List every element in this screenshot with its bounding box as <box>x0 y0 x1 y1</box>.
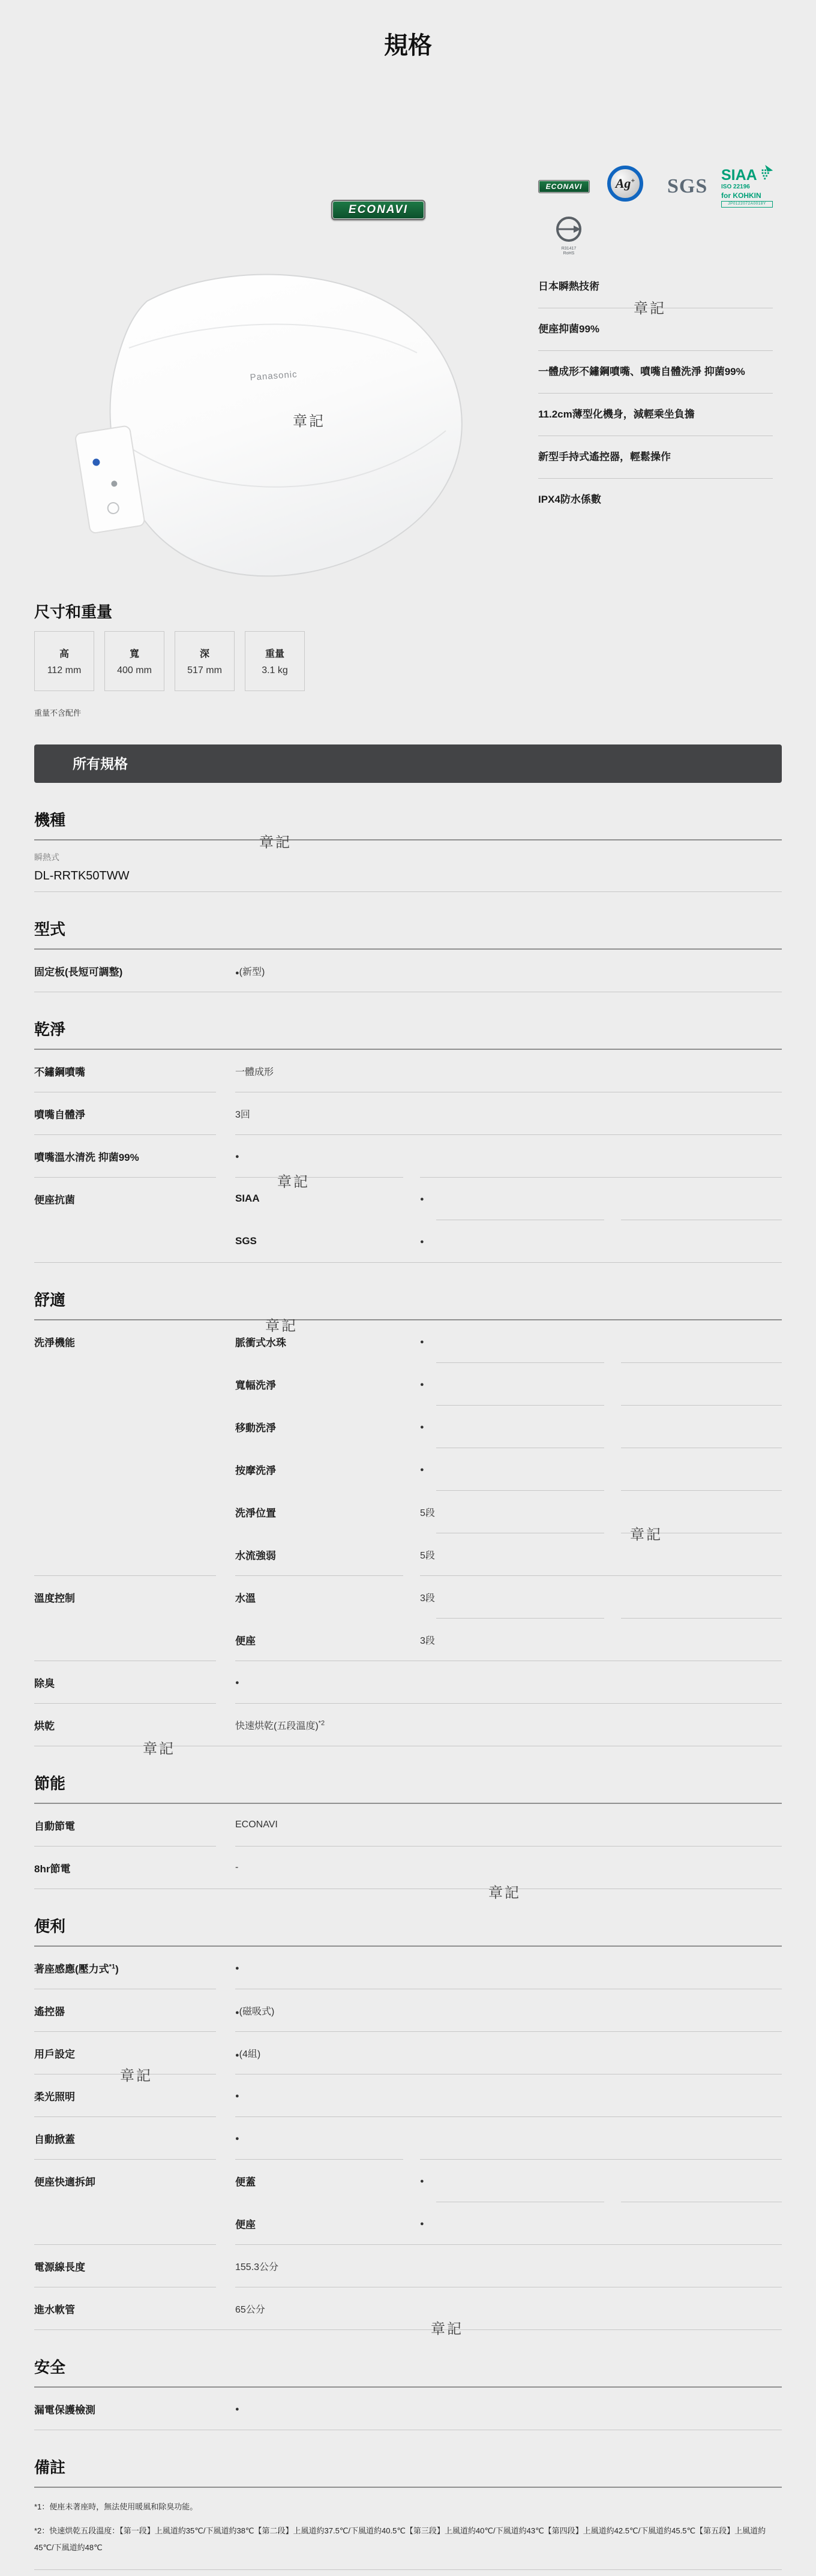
page-title: 規格 <box>0 0 816 58</box>
spec-value: ● <box>235 2403 782 2414</box>
row-divider <box>34 2031 782 2032</box>
row-divider <box>34 992 782 992</box>
dimension-box: 重量3.1 kg <box>245 631 305 691</box>
siaa-arrow-icon <box>758 164 773 181</box>
stamp-watermark: 章記 <box>634 296 666 317</box>
dimension-value: 400 mm <box>117 665 152 676</box>
dimensions-section: 尺寸和重量 高112 mm寬400 mm深517 mm重量3.1 kg 重量不含… <box>34 602 782 718</box>
spec-row-label: 自動節電 <box>34 1818 235 1833</box>
spec-value: ● <box>420 1193 782 1204</box>
spec-row-group: 便座快適拆卸便蓋●便座● <box>34 2160 782 2244</box>
sgs-logo: SGS <box>667 175 707 198</box>
value-dot: ● <box>420 1196 424 1203</box>
value-dot: ● <box>420 1424 424 1431</box>
siaa-logo: SIAA ISO 22196 for KOHKIN JP0122072A0018… <box>721 168 773 208</box>
row-divider <box>235 1220 782 1220</box>
siaa-title: SIAA <box>721 168 757 183</box>
feature-item: IPX4防水係數 <box>538 479 773 521</box>
row-divider <box>34 1989 782 1989</box>
notes-section: 備註 *1：便座未著座時，無法使用暖風和除臭功能。*2：快速烘乾五段溫度：【第一… <box>34 2458 782 2570</box>
value-dot: ● <box>235 1965 239 1972</box>
spec-page: 規格 Panasonic ECONAVI <box>0 0 816 2576</box>
row-divider <box>34 1092 782 1092</box>
spec-sub-row: 水流強弱5段 <box>235 1533 782 1575</box>
spec-sub-label: 移動洗淨 <box>235 1419 420 1434</box>
spec-row-label: 烘乾 <box>34 1718 235 1733</box>
spec-row-label: 著座感應(壓力式*1) <box>34 1960 235 1975</box>
row-divider <box>235 2202 782 2202</box>
section-divider <box>34 2487 782 2488</box>
econavi-logo: ECONAVI <box>538 180 590 193</box>
stamp-watermark: 章記 <box>431 2317 463 2338</box>
spec-row: 除臭● <box>34 1661 782 1703</box>
spec-row: 噴嘴自體淨3回 <box>34 1092 782 1134</box>
spec-value: ● <box>420 1336 782 1347</box>
model-number: DL-RRTK50TWW <box>34 869 782 883</box>
value-dot: ● <box>235 1679 239 1686</box>
spec-value: ●(4組) <box>235 2046 782 2060</box>
spec-value: 5段 <box>420 1548 782 1562</box>
spec-sub-label: 按摩洗淨 <box>235 1462 420 1477</box>
spec-value: ● <box>235 1962 782 1973</box>
spec-value: 5段 <box>420 1505 782 1519</box>
spec-value: 3回 <box>235 1107 782 1121</box>
value-superscript: *2 <box>319 1719 325 1727</box>
spec-sub-label: 便座 <box>235 1632 420 1647</box>
spec-row: 自動節電ECONAVI <box>34 1804 782 1846</box>
spec-sub-label: SIAA <box>235 1193 420 1205</box>
section-title: 安全 <box>34 2358 782 2377</box>
hero-section: Panasonic ECONAVI ECONAVI Ag+ SGS SIAA <box>0 58 816 594</box>
value-dot: ● <box>420 1338 424 1346</box>
value-dot: ● <box>420 1466 424 1473</box>
spec-value: ●(新型) <box>235 964 782 978</box>
row-divider <box>34 1134 782 1135</box>
spec-row-group: 溫度控制水溫3段便座3段 <box>34 1576 782 1661</box>
spec-row-label: 固定板(長短可調整) <box>34 963 235 978</box>
model-variant-label: 瞬熱式 <box>34 851 782 863</box>
footnote: *2：快速烘乾五段溫度：【第一段】上風道約35℃/下風道約38℃【第二段】上風道… <box>34 2523 782 2556</box>
ag-plus: + <box>631 176 635 185</box>
stamp-watermark: 章記 <box>259 830 292 851</box>
spec-row-label: 便座快適拆卸 <box>34 2160 235 2202</box>
value-dot: ● <box>420 2178 424 2185</box>
spec-sub-row: 洗淨位置5段 <box>235 1491 782 1533</box>
spec-sub-label: 便座 <box>235 2216 420 2231</box>
spec-sub-label: SGS <box>235 1235 420 1247</box>
spec-value: ●(磁吸式) <box>235 2004 782 2017</box>
spec-row-label: 不鏽鋼噴嘴 <box>34 1064 235 1079</box>
spec-sub-row: 按摩洗淨● <box>235 1448 782 1490</box>
value-dot: ● <box>420 1381 424 1388</box>
dimension-box: 深517 mm <box>175 631 235 691</box>
spec-value: ● <box>420 1236 782 1247</box>
spec-row: 電源線長度155.3公分 <box>34 2245 782 2287</box>
spec-sub-label: 水溫 <box>235 1590 420 1605</box>
value-dot: ● <box>235 2092 239 2100</box>
spec-sub-label: 寬幅洗淨 <box>235 1377 420 1392</box>
siaa-iso: ISO 22196 <box>721 184 773 190</box>
dimension-value: 3.1 kg <box>262 665 288 676</box>
dimension-box: 寬400 mm <box>104 631 164 691</box>
value-dot: ● <box>235 969 239 977</box>
label-superscript: *1 <box>109 1963 115 1970</box>
footnote: *1：便座未著座時，無法使用暖風和除臭功能。 <box>34 2499 782 2515</box>
spec-value: ● <box>235 2133 782 2143</box>
spec-value: ● <box>235 2090 782 2101</box>
spec-value: ● <box>235 1677 782 1688</box>
section-title: 舒適 <box>34 1290 782 1310</box>
dimension-label: 重量 <box>265 646 284 660</box>
spec-row-label: 8hr節電 <box>34 1860 235 1875</box>
spec-row-label: 便座抗菌 <box>34 1178 235 1220</box>
econavi-logo-label: ECONAVI <box>546 182 583 191</box>
row-divider <box>34 1703 782 1704</box>
stamp-watermark: 章記 <box>630 1523 662 1544</box>
rohs-circle-icon <box>556 216 582 242</box>
bottom-divider <box>34 2569 782 2570</box>
dimension-boxes: 高112 mm寬400 mm深517 mm重量3.1 kg <box>34 631 782 691</box>
spec-row-label: 柔光照明 <box>34 2088 235 2103</box>
spec-value: ● <box>235 1151 782 1161</box>
spec-row: 不鏽鋼噴嘴一體成形 <box>34 1050 782 1092</box>
value-dot: ● <box>235 2135 239 2142</box>
spec-value: ● <box>420 1464 782 1475</box>
value-dot: ● <box>235 1153 239 1160</box>
spec-value: ● <box>420 2218 782 2229</box>
product-image: Panasonic <box>57 246 480 600</box>
spec-sub-label: 水流強弱 <box>235 1547 420 1562</box>
section-title: 便利 <box>34 1917 782 1936</box>
spec-value: 155.3公分 <box>235 2259 782 2273</box>
row-divider <box>34 2329 782 2330</box>
spec-row-label: 噴嘴自體淨 <box>34 1106 235 1121</box>
section-title: 機種 <box>34 810 782 830</box>
spec-sections: 機種瞬熱式DL-RRTK50TWW型式固定板(長短可調整)●(新型)乾淨不鏽鋼噴… <box>34 810 782 2430</box>
spec-sub-row: 移動洗淨● <box>235 1406 782 1448</box>
section-title: 節能 <box>34 1774 782 1793</box>
spec-row-label: 漏電保護檢測 <box>34 2401 235 2416</box>
bsmi-rohs-icon: R31417 RoHS <box>551 216 587 256</box>
spec-value: ECONAVI <box>235 1820 782 1830</box>
spec-sub-row: 水溫3段 <box>235 1576 782 1618</box>
model-block: 瞬熱式DL-RRTK50TWW <box>34 840 782 891</box>
ag-label: Ag <box>616 176 631 191</box>
spec-sub-label: 洗淨位置 <box>235 1505 420 1520</box>
spec-row-label: 除臭 <box>34 1675 235 1690</box>
spec-sub-label: 脈衝式水珠 <box>235 1334 420 1349</box>
value-dot: ● <box>235 2406 239 2413</box>
siaa-kohkin: for KOHKIN <box>721 192 773 199</box>
dimension-label: 寬 <box>130 646 139 660</box>
dimension-box: 高112 mm <box>34 631 94 691</box>
stamp-watermark: 章記 <box>277 1170 310 1191</box>
content-column: 尺寸和重量 高112 mm寬400 mm深517 mm重量3.1 kg 重量不含… <box>34 602 782 2570</box>
row-divider <box>34 1661 782 1661</box>
dimension-value: 112 mm <box>47 665 82 676</box>
value-dot: ● <box>420 1238 424 1245</box>
econavi-badge-label: ECONAVI <box>349 203 408 217</box>
row-divider <box>235 1533 782 1533</box>
spec-row-label: 進水軟管 <box>34 2301 235 2316</box>
spec-row-label: 電源線長度 <box>34 2259 235 2274</box>
spec-sub-row: SGS● <box>235 1220 782 1262</box>
spec-sub-row: 便蓋● <box>235 2160 782 2202</box>
row-divider <box>235 1405 782 1406</box>
section-title: 型式 <box>34 920 782 939</box>
feature-item: 新型手持式遙控器，輕鬆操作 <box>538 436 773 479</box>
ag-antibacterial-logo: Ag+ <box>607 166 643 202</box>
value-dot: ● <box>420 2220 424 2227</box>
spec-value: 一體成形 <box>235 1064 782 1078</box>
spec-row: 自動掀蓋● <box>34 2117 782 2159</box>
spec-row-label: 洗淨機能 <box>34 1320 235 1362</box>
spec-row: 漏電保護檢測● <box>34 2388 782 2430</box>
rohs-number: R31417 <box>551 247 587 251</box>
row-divider <box>34 2430 782 2430</box>
spec-sub-row: SIAA● <box>235 1178 782 1220</box>
row-divider <box>34 1846 782 1847</box>
spec-row: 噴嘴溫水清洗 抑菌99%● <box>34 1135 782 1177</box>
spec-row-group: 洗淨機能脈衝式水珠●寬幅洗淨●移動洗淨●按摩洗淨●洗淨位置5段水流強弱5段 <box>34 1320 782 1575</box>
spec-sub-row: 便座3段 <box>235 1619 782 1661</box>
notes-title: 備註 <box>34 2458 782 2477</box>
dimensions-note: 重量不含配件 <box>34 707 782 718</box>
row-divider <box>235 1362 782 1363</box>
dimensions-heading: 尺寸和重量 <box>34 602 782 622</box>
spec-row-label: 用戶設定 <box>34 2046 235 2061</box>
feature-item: 11.2cm薄型化機身，減輕乘坐負擔 <box>538 394 773 436</box>
spec-row: 著座感應(壓力式*1)● <box>34 1947 782 1989</box>
dimension-label: 深 <box>200 646 209 660</box>
spec-value: ● <box>420 1379 782 1389</box>
spec-value: - <box>235 1862 782 1873</box>
spec-value: 快速烘乾(五段溫度)*2 <box>235 1718 782 1732</box>
rohs-label: RoHS <box>551 251 587 256</box>
value-dot: ● <box>235 2052 239 2059</box>
row-divider <box>235 1490 782 1491</box>
spec-sub-row: 寬幅洗淨● <box>235 1363 782 1405</box>
row-divider <box>235 1618 782 1619</box>
stamp-watermark: 章記 <box>143 1737 175 1758</box>
row-divider <box>34 2244 782 2245</box>
siaa-code: JP0122072A0018Y <box>721 201 773 208</box>
spec-sub-row: 脈衝式水珠● <box>235 1320 782 1362</box>
row-divider <box>34 891 782 892</box>
stamp-watermark: 章記 <box>293 409 325 430</box>
stamp-watermark: 章記 <box>120 2064 152 2085</box>
spec-row-group: 便座抗菌SIAA●SGS● <box>34 1178 782 1262</box>
spec-row: 遙控器●(磁吸式) <box>34 1989 782 2031</box>
dimension-value: 517 mm <box>187 665 222 676</box>
feature-item: 一體成形不鏽鋼噴嘴、噴嘴自體洗淨 抑菌99% <box>538 351 773 394</box>
section-title: 乾淨 <box>34 1020 782 1039</box>
row-divider <box>34 2116 782 2117</box>
stamp-watermark: 章記 <box>265 1314 298 1335</box>
spec-row: 進水軟管65公分 <box>34 2287 782 2329</box>
spec-value: 3段 <box>420 1590 782 1604</box>
row-divider <box>34 1262 782 1263</box>
spec-sub-label: 便蓋 <box>235 2173 420 2188</box>
row-divider <box>34 1889 782 1889</box>
spec-row-label: 溫度控制 <box>34 1576 235 1618</box>
row-divider <box>235 1448 782 1448</box>
spec-row-label: 噴嘴溫水清洗 抑菌99% <box>34 1149 235 1164</box>
spec-sub-row: 便座● <box>235 2202 782 2244</box>
spec-value: ● <box>420 1421 782 1432</box>
spec-row: 8hr節電- <box>34 1847 782 1889</box>
spec-value: 65公分 <box>235 2302 782 2316</box>
spec-row: 固定板(長短可調整)●(新型) <box>34 950 782 992</box>
dimension-label: 高 <box>59 646 69 660</box>
spec-value: 3段 <box>420 1633 782 1647</box>
spec-row-label: 遙控器 <box>34 2003 235 2018</box>
row-divider <box>34 2287 782 2287</box>
value-dot: ● <box>235 2009 239 2016</box>
all-specs-bar: 所有規格 <box>34 744 782 783</box>
spec-value: ● <box>420 2175 782 2186</box>
stamp-watermark: 章記 <box>488 1881 521 1902</box>
econavi-badge: ECONAVI <box>331 200 425 220</box>
spec-row-label: 自動掀蓋 <box>34 2131 235 2146</box>
